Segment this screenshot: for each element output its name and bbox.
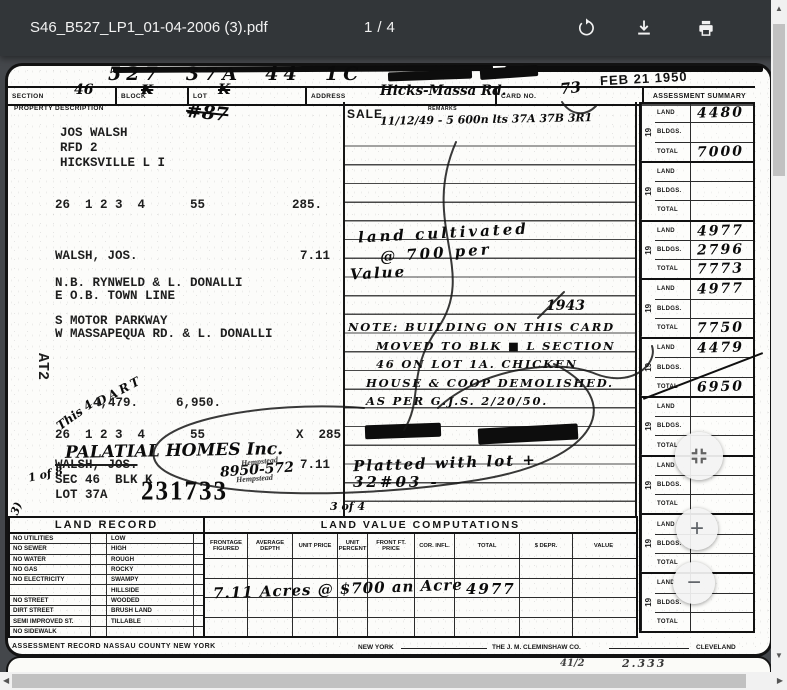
column-divider (635, 102, 637, 518)
computation-header: FRONTAGE FIGURED (205, 534, 248, 558)
summary-row: LAND4977 (655, 222, 753, 241)
land-record-item: SWAMPY (107, 576, 193, 583)
summary-row-value: 7773 (691, 260, 753, 278)
owner-line: HICKSVILLE L I (60, 156, 165, 170)
land-record-row: NO STREETWOODED (10, 596, 203, 606)
summary-row-value: 4977 (691, 222, 753, 240)
summary-row: LAND4479 (655, 339, 753, 358)
land-record-checkbox (90, 585, 107, 594)
summary-row-value: 2796 (691, 241, 753, 259)
vertical-scrollbar-thumb[interactable] (773, 24, 785, 176)
land-record-checkbox (193, 534, 203, 543)
land-record-checkbox (90, 616, 107, 625)
struck-value: 4,479. (93, 396, 138, 410)
scroll-down-arrow[interactable]: ▼ (775, 652, 783, 660)
struck-owner-name: WALSH, JOS. (55, 458, 138, 472)
land-record-checkbox (193, 544, 203, 553)
page-current: 1 (364, 19, 372, 36)
computation-entry-total: 4977 (466, 580, 516, 598)
cursive-line: Value (350, 263, 407, 284)
computation-cell (338, 559, 368, 578)
summary-row-label: LAND (655, 280, 691, 298)
computation-header: $ DEPR. (520, 534, 573, 558)
summary-year-label: 19 (641, 515, 655, 572)
land-record-checkbox (193, 606, 203, 615)
summary-row-label: LAND (655, 163, 691, 181)
summary-row-value (691, 406, 753, 408)
computation-header: VALUE (573, 534, 634, 558)
summary-year-label: 19 (641, 104, 655, 161)
scroll-up-arrow[interactable]: ▲ (775, 5, 783, 13)
land-record-item: NO ELECTRICITY (10, 576, 90, 583)
card-no-value: 73 (559, 78, 582, 98)
computation-header: AVERAGE DEPTH (248, 534, 293, 558)
document-title: S46_B527_LP1_01-04-2006 (3).pdf (30, 19, 268, 36)
summary-row-label: LAND (655, 222, 691, 240)
summary-row: LAND (655, 163, 753, 182)
land-record-item: DIRT STREET (10, 607, 90, 614)
summary-row-label: BLDGS. (655, 241, 691, 259)
note-line: MOVED TO BLK ■ L SECTION (376, 339, 615, 353)
land-record-table: LAND RECORD NO UTILITIESLOWNO SEWERHIGHN… (8, 516, 205, 638)
horizontal-scrollbar[interactable]: ◀ ▶ (0, 672, 787, 690)
land-record-checkbox (193, 585, 203, 594)
summary-row: TOTAL (655, 201, 753, 219)
scroll-left-arrow[interactable]: ◀ (3, 677, 9, 685)
summary-row-value (691, 425, 753, 427)
summary-row: TOTAL7750 (655, 319, 753, 337)
land-record-item: LOW (107, 535, 193, 542)
note-line: 46 ON LOT 1A. CHICKEN (376, 357, 578, 371)
page-total: 4 (387, 19, 395, 36)
computation-cell (520, 579, 573, 598)
summary-row-value (691, 190, 753, 192)
redaction-mark (365, 423, 441, 440)
summary-row-label: TOTAL (655, 201, 691, 219)
summary-year-label: 19 (641, 339, 655, 396)
summary-row-value (691, 171, 753, 173)
land-record-item: TILLABLE (107, 618, 193, 625)
pdf-viewer: S46_B527_LP1_01-04-2006 (3).pdf 1 / 4 (0, 0, 787, 690)
computation-cell (205, 618, 248, 637)
computation-cell (248, 559, 293, 578)
struck-owner-acres: 7.11 (300, 458, 330, 472)
horizontal-scrollbar-thumb[interactable] (12, 674, 746, 688)
computation-cell (455, 598, 520, 617)
summary-row-value: 7750 (691, 319, 753, 337)
summary-row-label: LAND (655, 398, 691, 416)
platted-line: 32#03 - (353, 473, 440, 491)
computation-cell (455, 559, 520, 578)
land-record-checkbox (193, 555, 203, 564)
land-record-item: NO UTILITIES (10, 535, 90, 542)
hempstead-stamp: Hempstead (236, 473, 273, 485)
owner-acres: 7.11 (300, 249, 330, 263)
computation-cell (573, 579, 634, 598)
owner-line: RFD 2 (60, 141, 98, 155)
land-record-row: NO WATERROUGH (10, 555, 203, 565)
land-record-checkbox (90, 544, 107, 553)
block-value: K (141, 83, 152, 98)
computation-cell (368, 618, 415, 637)
summary-row-value (691, 504, 753, 506)
dims-lots: 26 1 2 3 4 (55, 428, 145, 442)
land-record-checkbox (90, 565, 107, 574)
computation-cell (520, 559, 573, 578)
property-description-label: PROPERTY DESCRIPTION (14, 105, 104, 112)
land-record-item: NO SEWER (10, 545, 90, 552)
land-record-item: WOODED (107, 597, 193, 604)
assessment-summary-title: ASSESSMENT SUMMARY (653, 93, 746, 100)
land-record-item: NO STREET (10, 597, 90, 604)
summary-row-value (691, 308, 753, 310)
computation-cell (205, 559, 248, 578)
lot-line: LOT 37A (55, 488, 108, 502)
summary-group: 19LAND4977BLDGS.TOTAL7750 (641, 280, 753, 339)
summary-row: BLDGS. (655, 182, 753, 201)
computation-header: TOTAL (455, 534, 520, 558)
section-label: SECTION (12, 93, 44, 100)
zoom-out-icon: − (687, 569, 701, 597)
boundary-line: S MOTOR PARKWAY (55, 314, 168, 328)
computation-cell (415, 598, 455, 617)
computation-header: FRONT FT. PRICE (368, 534, 415, 558)
footer-rule (609, 648, 689, 649)
summary-row-value (691, 210, 753, 212)
computation-cell (415, 618, 455, 637)
computation-cell (338, 618, 368, 637)
page-separator: / (377, 19, 381, 36)
computation-cell (368, 559, 415, 578)
land-record-checkbox (90, 606, 107, 615)
summary-row-label: BLDGS. (655, 123, 691, 141)
remarks-label: REMARKS (428, 106, 457, 112)
computation-cell (338, 598, 368, 617)
next-page-fragment: 41/2 (560, 658, 585, 669)
vertical-scrollbar[interactable]: ▲ ▼ (771, 0, 787, 672)
land-record-checkbox (90, 596, 107, 605)
fit-to-page-icon (688, 445, 710, 467)
sec-blk-line: SEC 46 BLK K (55, 473, 153, 487)
zoom-in-icon: + (690, 515, 704, 543)
land-record-item: BRUSH LAND (107, 607, 193, 614)
rotate-icon (576, 18, 596, 38)
summary-row-label: TOTAL (655, 319, 691, 337)
land-record-row: NO ELECTRICITYSWAMPY (10, 575, 203, 585)
section-cell: SECTION (8, 88, 115, 104)
computation-header: COR. INFL. (415, 534, 455, 558)
summary-row: LAND (655, 398, 753, 417)
footer-city: CLEVELAND (696, 644, 736, 651)
page-note-bottom-left: 3) (8, 500, 25, 517)
summary-row-value (691, 132, 753, 134)
zoom-in-button[interactable]: + (676, 508, 718, 550)
summary-row: BLDGS. (655, 123, 753, 142)
download-button[interactable] (626, 10, 662, 46)
summary-group: 19LAND4977BLDGS.2796TOTAL7773 (641, 222, 753, 281)
computation-cell (293, 559, 338, 578)
owner-line: JOS WALSH (60, 126, 128, 140)
summary-year-label: 19 (641, 163, 655, 220)
summary-row-label: TOTAL (655, 260, 691, 278)
land-record-title: LAND RECORD (10, 518, 203, 534)
land-record-checkbox (193, 575, 203, 584)
computation-row (205, 598, 636, 618)
land-record-checkbox (193, 616, 203, 625)
fit-to-page-button[interactable] (675, 432, 723, 480)
print-button[interactable] (688, 10, 724, 46)
computation-cell (573, 618, 634, 637)
address-value: Hicks-Massa Rd. (380, 83, 506, 99)
computation-cell (520, 598, 573, 617)
summary-year-label: 19 (641, 457, 655, 514)
summary-year-label: 19 (641, 574, 655, 631)
computation-cell (520, 618, 573, 637)
sale-label: SALE (347, 107, 383, 121)
pdf-toolbar: S46_B527_LP1_01-04-2006 (3).pdf 1 / 4 (0, 0, 787, 56)
footer-ny: NEW YORK (358, 644, 394, 651)
land-record-row: NO GASROCKY (10, 565, 203, 575)
land-record-item: NO SIDEWALK (10, 628, 90, 635)
summary-row: TOTAL7000 (655, 143, 753, 161)
land-record-item: NO GAS (10, 566, 90, 573)
computation-cell (293, 598, 338, 617)
land-record-checkbox (90, 555, 107, 564)
margin-vertical-note: AT2 (34, 353, 51, 380)
summary-row-value: 4479 (691, 339, 753, 357)
redaction-mark (388, 70, 472, 82)
land-record-checkbox (193, 627, 203, 636)
land-record-checkbox (193, 565, 203, 574)
footer-left: ASSESSMENT RECORD NASSAU COUNTY NEW YORK (12, 643, 216, 650)
land-record-checkbox (193, 596, 203, 605)
computation-cell (573, 559, 634, 578)
land-record-item: NO WATER (10, 556, 90, 563)
summary-row: BLDGS.2796 (655, 241, 753, 260)
land-record-item: HIGH (107, 545, 193, 552)
summary-row-label: BLDGS. (655, 300, 691, 318)
summary-row-value (691, 484, 753, 486)
land-record-checkbox (90, 627, 107, 636)
rotate-button[interactable] (568, 10, 604, 46)
document-page-1: 527 37A 44 1C FEB 21 1950 SECTION BLOCK … (8, 66, 770, 654)
lot-label: LOT (193, 93, 207, 100)
summary-year-label: 19 (641, 280, 655, 337)
year-note: 1943 (546, 298, 585, 314)
struck-value: 6,950. (176, 396, 221, 410)
computation-cell (368, 598, 415, 617)
land-record-row: SEMI IMPROVED ST.TILLABLE (10, 616, 203, 626)
land-record-item: ROUGH (107, 556, 193, 563)
summary-group: 19LAND4480BLDGS.TOTAL7000 (641, 104, 753, 163)
land-record-row: NO SEWERHIGH (10, 544, 203, 554)
summary-year-label: 19 (641, 222, 655, 279)
land-record-row: DIRT STREETBRUSH LAND (10, 606, 203, 616)
owner-name: WALSH, JOS. (55, 249, 138, 263)
summary-row-value: 6950 (691, 378, 753, 396)
dims-block: 55 (190, 198, 205, 212)
summary-row-label: TOTAL (655, 143, 691, 161)
dims-depth: X 285 (296, 428, 341, 442)
summary-row-label: BLDGS. (655, 358, 691, 376)
computation-header: UNIT PERCENT (338, 534, 368, 558)
boundary-line: E O.B. TOWN LINE (55, 289, 175, 303)
crossed-number: #87 (185, 100, 229, 126)
computation-cell (573, 598, 634, 617)
land-record-row: NO SIDEWALK (10, 627, 203, 636)
land-record-item: SEMI IMPROVED ST. (10, 618, 90, 625)
serial-number: 231733 (141, 477, 228, 507)
boundary-line: N.B. RYNWELD & L. DONALLI (55, 276, 243, 290)
section-value: 46 (74, 82, 93, 98)
lot-value: K (218, 82, 230, 98)
summary-row: TOTAL (655, 613, 753, 631)
computation-cell (248, 618, 293, 637)
page-indicator: 1 / 4 (364, 19, 395, 36)
summary-row-value: 4480 (691, 104, 753, 122)
land-record-rows: NO UTILITIESLOWNO SEWERHIGHNO WATERROUGH… (10, 534, 203, 636)
computation-cell (293, 618, 338, 637)
summary-year-label: 19 (641, 398, 655, 455)
dims-depth: 285. (292, 198, 322, 212)
land-record-item: HILLSIDE (107, 587, 193, 594)
summary-row-value (691, 621, 753, 623)
footer-rule (401, 648, 487, 649)
summary-row-label: LAND (655, 104, 691, 122)
summary-row-value: 7000 (691, 143, 753, 161)
print-icon (696, 18, 716, 38)
sale-remark-handwritten: 11/12/49 - 5 600n lts 37A 37B 3R1 (380, 111, 592, 128)
summary-row: LAND4480 (655, 104, 753, 123)
land-record-row: HILLSIDE (10, 585, 203, 595)
zoom-out-button[interactable]: − (673, 562, 715, 604)
land-record-row: NO UTILITIESLOW (10, 534, 203, 544)
next-page-fragment: 2.333 (622, 657, 666, 670)
computation-row (205, 618, 636, 637)
assessment-summary-table: 19LAND4480BLDGS.TOTAL700019LANDBLDGS.TOT… (639, 102, 755, 633)
note-line: NOTE: BUILDING ON THIS CARD (348, 320, 615, 334)
footer-company: THE J. M. CLEMINSHAW CO. (492, 644, 581, 651)
scroll-right-arrow[interactable]: ▶ (777, 677, 783, 685)
summary-row: BLDGS. (655, 300, 753, 319)
computation-cell (415, 559, 455, 578)
boundary-line: W MASSAPEQUA RD. & L. DONALLI (55, 327, 273, 341)
summary-row: LAND4977 (655, 280, 753, 299)
computation-row (205, 559, 636, 579)
note-line: HOUSE & COOP DEMOLISHED. (366, 376, 614, 390)
land-record-checkbox (90, 575, 107, 584)
note-line: AS PER G.J.S. 2/20/50. (366, 394, 548, 408)
summary-group: 19LAND4479BLDGS.TOTAL6950 (641, 339, 753, 398)
address-label: ADDRESS (311, 93, 346, 100)
summary-row-label: BLDGS. (655, 182, 691, 200)
summary-row-label: BLDGS. (655, 476, 691, 494)
handwritten-top-scrawl: 527 37A 44 1C (108, 63, 363, 85)
document-page-2-edge: 41/2 2.333 (8, 658, 770, 673)
summary-row-label: LAND (655, 339, 691, 357)
land-value-computations-title: LAND VALUE COMPUTATIONS (205, 518, 636, 534)
download-icon (634, 18, 654, 38)
summary-row: TOTAL7773 (655, 260, 753, 278)
summary-row-label: TOTAL (655, 613, 691, 631)
summary-row-value: 4977 (691, 281, 753, 299)
computation-headers: FRONTAGE FIGUREDAVERAGE DEPTHUNIT PRICEU… (205, 534, 636, 559)
summary-row-label: BLDGS. (655, 417, 691, 435)
summary-group: 19LANDBLDGS.TOTAL (641, 163, 753, 222)
dims-lots: 26 1 2 3 4 (55, 198, 145, 212)
computation-cell (455, 618, 520, 637)
land-record-item: ROCKY (107, 566, 193, 573)
computation-header: UNIT PRICE (293, 534, 338, 558)
land-record-checkbox (90, 534, 107, 543)
